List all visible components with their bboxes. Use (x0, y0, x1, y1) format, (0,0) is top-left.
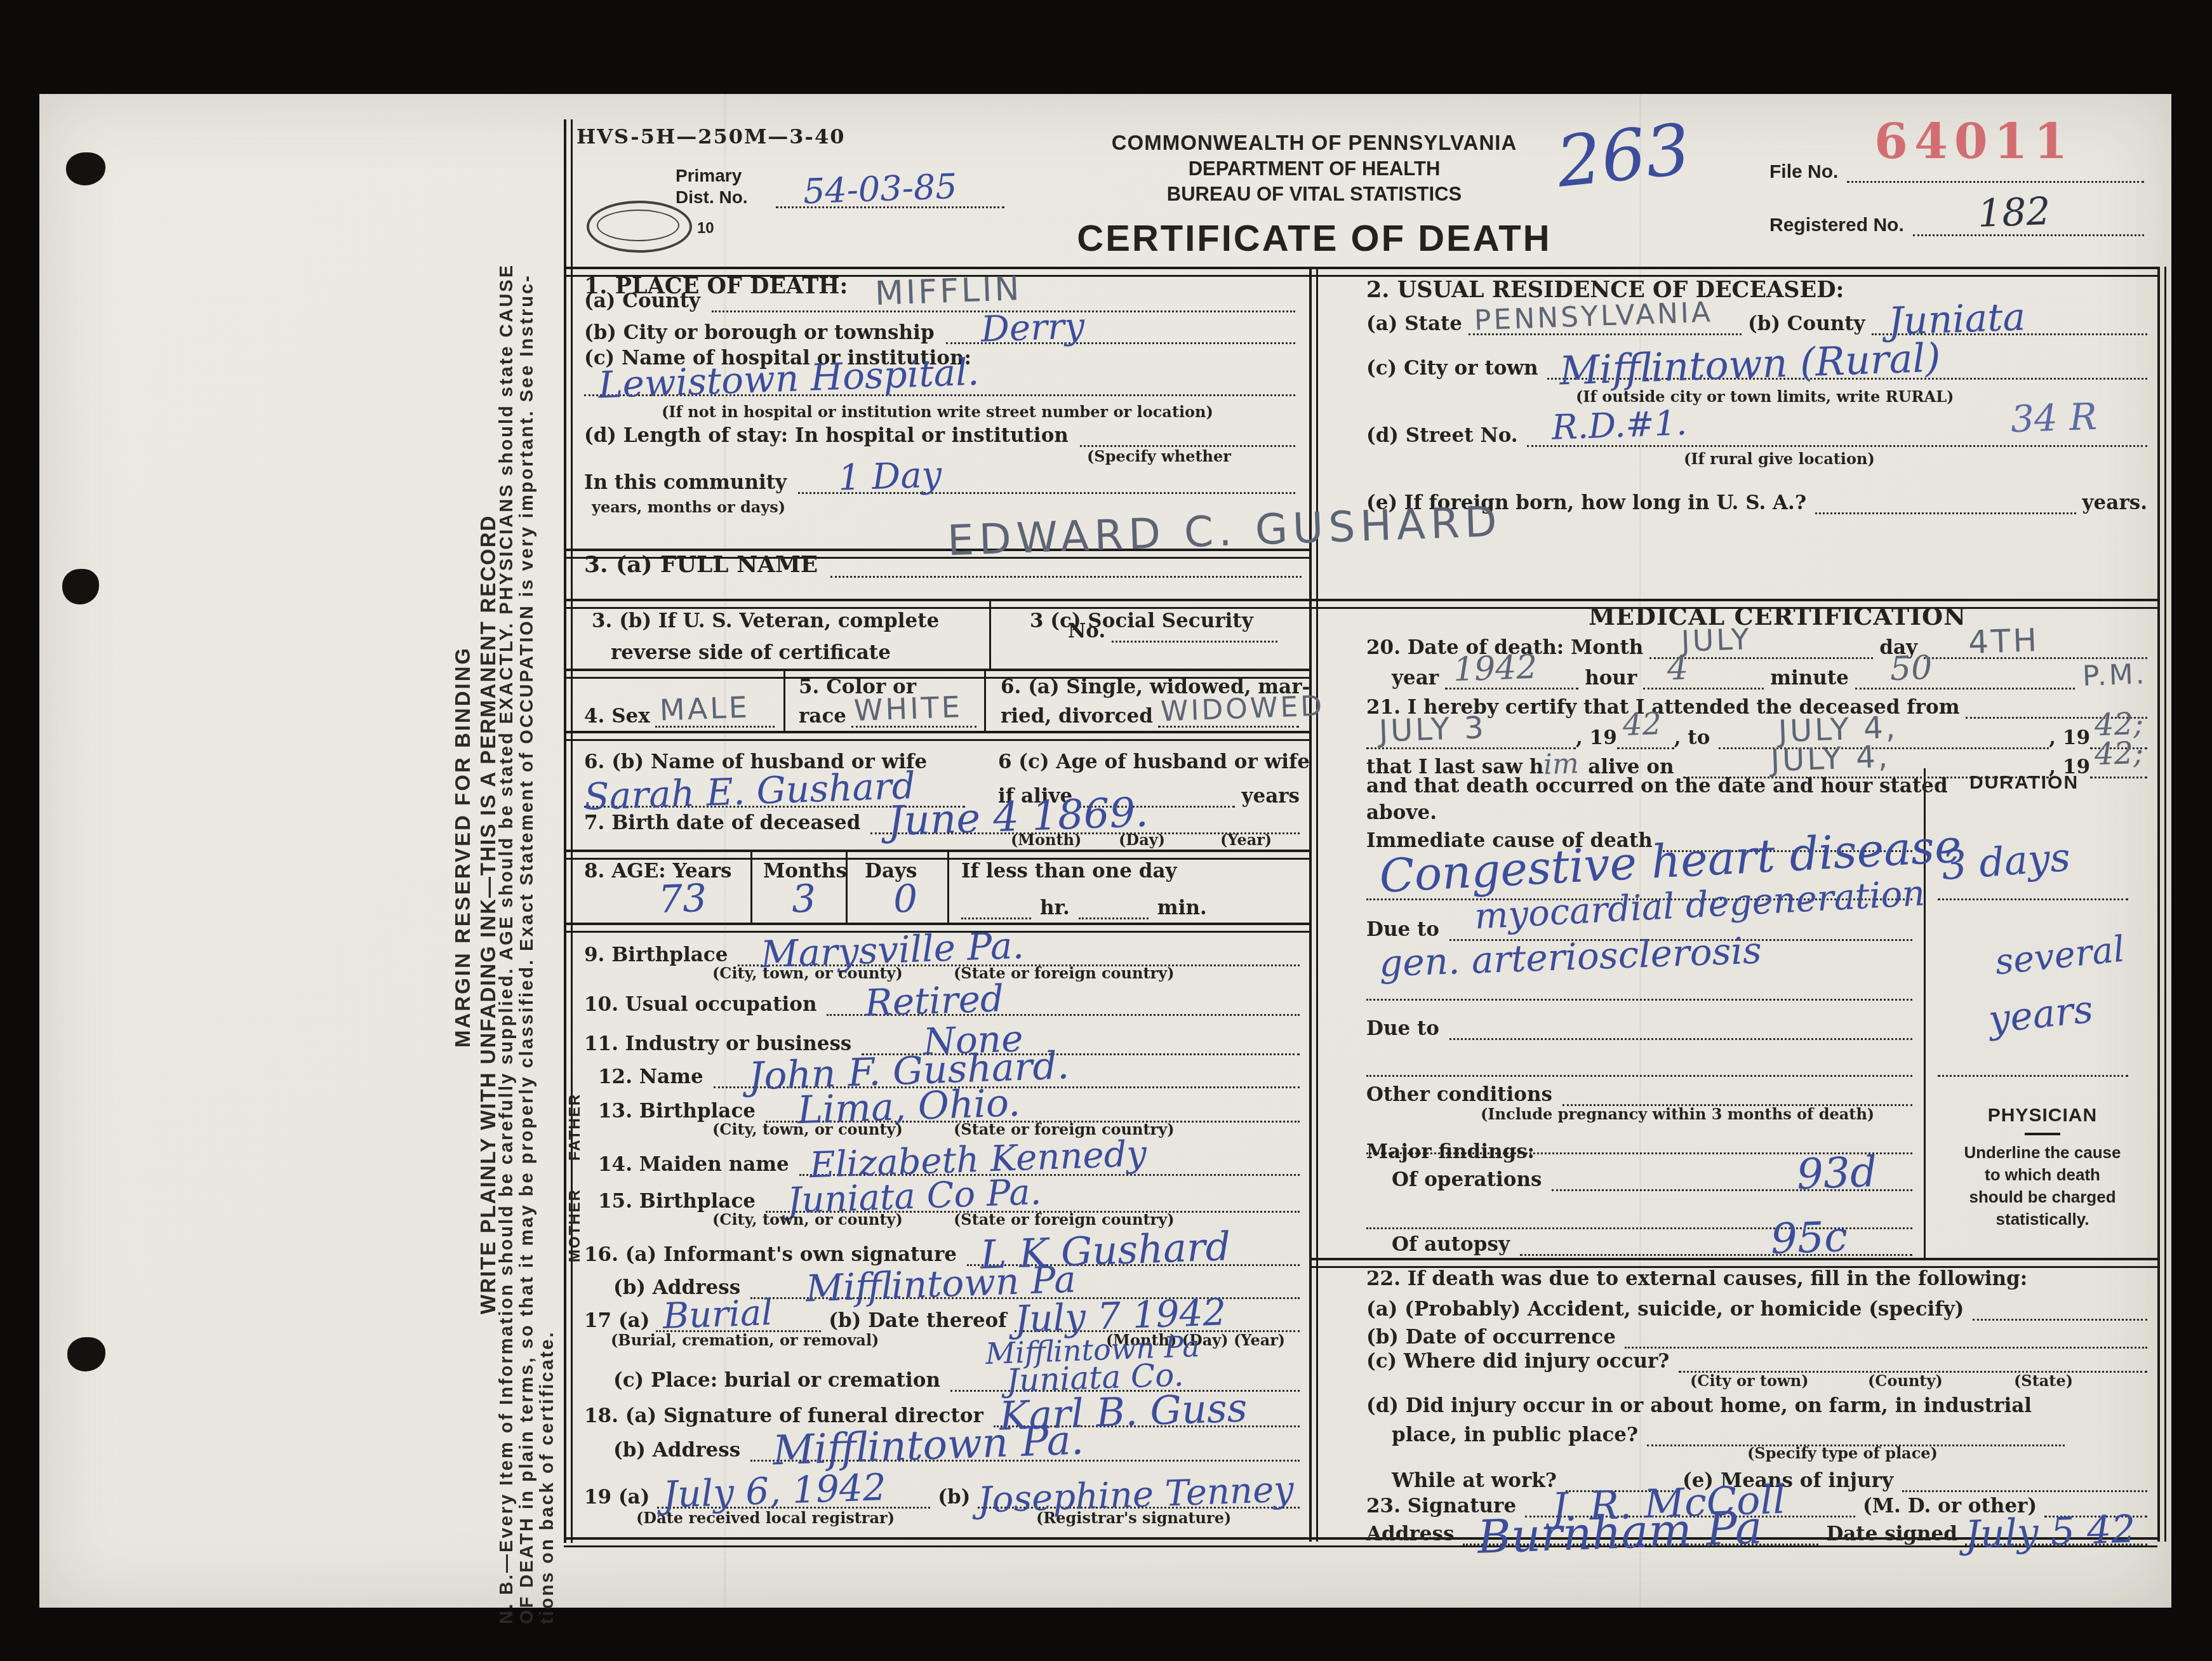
field-other-conditions: Other conditions (1366, 1076, 1912, 1106)
physician-box: PHYSICIAN Underline the cause to which d… (1938, 1105, 2147, 1231)
registrar-date-note: (Date received local registrar) (636, 1509, 895, 1527)
cause-line-3 (1366, 970, 1912, 1001)
full-name-value: EDWARD C. GUSHARD (947, 501, 1503, 562)
page-title: CERTIFICATE OF DEATH (1029, 217, 1600, 260)
hole-punch (62, 569, 99, 604)
other-conditions-note: (Include pregnancy within 3 months of de… (1481, 1105, 1874, 1123)
age-months-value: 3 (791, 879, 816, 918)
sex-value: MALE (660, 693, 750, 725)
mother-bp-note1: (City, town, or county) (712, 1210, 903, 1229)
cause-line-4 (1366, 1046, 1912, 1077)
primary-dist-value: 54-03-85 (803, 170, 957, 209)
file-no-label: File No. (1769, 161, 1838, 183)
certificate-paper: MARGIN RESERVED FOR BINDING WRITE PLAINL… (39, 94, 2171, 1608)
margin-note-nb2: OF DEATH in plain terms, so that it may … (517, 164, 538, 1624)
burial-value: Burial (662, 1295, 773, 1335)
father-bp-note1: (City, town, or county) (712, 1120, 903, 1138)
autopsy-label: Of autopsy (1392, 1233, 1510, 1256)
in-community-label: In this community (584, 471, 787, 494)
primary-dist-label: Primary Dist. No. (676, 165, 748, 208)
margin-note-nb3: tions on back of certificate. (537, 1256, 558, 1624)
injury-where-note2: (County) (1868, 1371, 1943, 1390)
city-township-label: (b) City or borough or township (584, 321, 935, 344)
field-street-no: (d) Street No. R.D.#1. 34 R (1366, 417, 2147, 447)
field-22c: (c) Where did injury occur? (1366, 1342, 2147, 1373)
date-signed-label: Date signed (1826, 1523, 1957, 1545)
last-saw-year: 42; (2094, 738, 2144, 770)
field-burial: 17 (a) Burial (b) Date thereof July 7 19… (584, 1302, 1300, 1332)
margin-note-nb1: N. B.—Every Item of Information should b… (496, 160, 517, 1624)
field-race: race WHITE (799, 697, 976, 728)
physician-address-value: Burnham Pa (1477, 1504, 1763, 1560)
death-day-value: 4TH (1968, 624, 2041, 658)
field-res-city: (c) City or town Mifflintown (Rural) (1366, 349, 2147, 380)
age-lessday-label: If less than one day (961, 860, 1177, 883)
registrar-sig-label: (b) (938, 1486, 970, 1509)
res-county-label: (b) County (1748, 312, 1865, 335)
burial-place-label: (c) Place: burial or cremation (613, 1369, 940, 1392)
operations-value: 93d (1796, 1151, 1877, 1196)
veteran-line2: reverse side of certificate (611, 641, 891, 664)
last-saw-value: JULY 4, (1770, 742, 1891, 777)
registered-no-field: Registered No. 182 (1769, 206, 2144, 236)
registrar-date-label: 19 (a) (584, 1486, 650, 1509)
ssn-no-field: No. (1068, 612, 1277, 643)
registrar-date-value: July 6, 1942 (662, 1469, 887, 1513)
street-no-value: R.D.#1. (1551, 406, 1688, 444)
birth-date-label: 7. Birth date of deceased (584, 811, 860, 834)
age-min-label: min. (1157, 897, 1207, 919)
mother-birthplace-label: 15. Birthplace (598, 1190, 756, 1213)
duration-line-1 (1938, 870, 2128, 900)
attended-from-value: JULY 3 (1378, 712, 1486, 747)
street-no-note: (If rural give location) (1684, 450, 1875, 468)
birthplace-note1: (City, town, or county) (712, 964, 903, 982)
ssn-no-label: No. (1068, 620, 1105, 643)
death-hour-value: 4 (1667, 651, 1689, 685)
marital-label-2: ried, divorced (1001, 705, 1153, 728)
rule-below-birthdate (564, 850, 1309, 860)
pencil-number: 263 (1554, 114, 1693, 197)
duration-heading: DURATION (1969, 772, 2079, 794)
birth-year-note: (Year) (1220, 830, 1272, 849)
birth-month-note: (Month) (1011, 830, 1081, 849)
age-hr-label: hr. (1040, 897, 1070, 919)
field-sex: 4. Sex MALE (584, 697, 775, 728)
birthplace-label: 9. Birthplace (584, 944, 728, 966)
due-to-2-label: Due to (1366, 1017, 1439, 1040)
duration-due1-value1: several (1994, 931, 2126, 980)
rule-above-22 (1309, 1258, 2157, 1268)
physician-address-label: Address (1366, 1523, 1454, 1545)
other-conditions-label: Other conditions (1366, 1083, 1552, 1106)
scanned-death-certificate: MARGIN RESERVED FOR BINDING WRITE PLAINL… (0, 0, 2212, 1661)
field-registrar: 19 (a) July 6, 1942 (b) Josephine Tenney (584, 1478, 1300, 1509)
death-year-label: year (1392, 667, 1439, 690)
printed-19-a: , 19 (1576, 726, 1617, 749)
field-autopsy: Of autopsy 95c (1392, 1225, 1912, 1256)
father-label: FATHER (566, 1065, 584, 1161)
printed-19-b: , 19 (2049, 726, 2090, 749)
community-unit-note: years, months or days) (592, 498, 785, 516)
duration-line-2 (1938, 1046, 2128, 1077)
burial-label: 17 (a) (584, 1309, 650, 1332)
injury-where-note3: (State) (2014, 1371, 2073, 1390)
field-mother-birthplace: 15. Birthplace Juniata Co Pa. (598, 1182, 1300, 1213)
duration-due1-value2: years (1987, 991, 2095, 1039)
org-line3: BUREAU OF VITAL STATISTICS (1029, 183, 1600, 206)
director-address-label: (b) Address (613, 1439, 740, 1462)
date-signed-value: July 5 42 (1964, 1510, 2136, 1554)
field-county: (a) County MIFFLIN (584, 282, 1295, 312)
hospital-value: Lewistown Hospital. (598, 354, 980, 404)
field-23-address: Address Burnham Pa Date signed July 5 42 (1366, 1515, 2147, 1545)
informant-label: 16. (a) Informant's own signature (584, 1243, 957, 1266)
autopsy-value: 95c (1770, 1216, 1848, 1260)
injury-where-note1: (City or town) (1690, 1371, 1809, 1390)
attended-from-year: 42 (1622, 709, 1662, 740)
certify-line2: JULY 3 , 19 42 , to JULY 4, , 19 42; (1366, 719, 2147, 749)
divider-sex-color (783, 671, 785, 731)
org-line1: COMMONWEALTH OF PENNSYLVANIA (1029, 131, 1600, 155)
foreign-born-suffix: years. (2082, 491, 2147, 514)
divider-3bc (989, 601, 991, 669)
field-length-of-stay: (d) Length of stay: In hospital or insti… (584, 417, 1295, 447)
physician-heading: PHYSICIAN (1938, 1105, 2147, 1126)
occupation-label: 10. Usual occupation (584, 993, 816, 1016)
burial-note: (Burial, cremation, or removal) (611, 1331, 879, 1349)
operations-label: Of operations (1392, 1168, 1542, 1191)
divider-age1 (750, 852, 752, 923)
hole-punch (67, 1337, 105, 1371)
field-in-community: In this community 1 Day (584, 464, 1295, 494)
city-township-value: Derry (980, 309, 1085, 348)
field-mother-maiden: 14. Maiden name Elizabeth Kennedy (598, 1145, 1300, 1176)
street-no-extra: 34 R (2010, 398, 2098, 438)
hole-punch (66, 152, 105, 185)
field-age-hr-min: hr. min. (961, 889, 1298, 919)
divider-age3 (947, 852, 949, 923)
due-to-1-label: Due to (1366, 918, 1439, 941)
org-header: COMMONWEALTH OF PENNSYLVANIA DEPARTMENT … (1029, 131, 1600, 260)
state-label: (a) State (1366, 312, 1462, 335)
county-label: (a) County (584, 290, 700, 312)
field-informant: 16. (a) Informant's own signature L K Gu… (584, 1236, 1300, 1266)
county-value: MIFFLIN (874, 272, 1022, 310)
full-name-label: 3. (a) FULL NAME (584, 551, 818, 578)
death-hour-label: hour (1585, 667, 1637, 690)
father-birthplace-label: 13. Birthplace (598, 1100, 756, 1123)
color-race-label-2: race (799, 705, 846, 728)
state-value: PENNSYLVANIA (1474, 298, 1713, 335)
street-no-label: (d) Street No. (1366, 424, 1518, 447)
s22-heading: 22. If death was due to external causes,… (1366, 1267, 2027, 1290)
birth-day-note: (Day) (1119, 830, 1165, 849)
field-city-township: (b) City or borough or township Derry (584, 314, 1295, 344)
registered-no-label: Registered No. (1769, 215, 1904, 236)
mother-label: MOTHER (566, 1161, 584, 1262)
length-of-stay-label: (d) Length of stay: In hospital or insti… (584, 424, 1069, 447)
spouse-age-label: 6 (c) Age of husband or wife (998, 750, 1310, 773)
physician-note: Underline the cause to which death shoul… (1938, 1142, 2147, 1231)
field-death-date-2: year 1942 hour 4 minute 50 P.M. (1392, 659, 2147, 690)
field-22d: place, in public place? (1392, 1416, 2065, 1446)
field-operations: Of operations 93d (1392, 1161, 1912, 1191)
sex-label: 4. Sex (584, 705, 650, 728)
director-address-value: Mifflintown Pa. (772, 1420, 1084, 1471)
border-center (1309, 267, 1318, 1542)
certify-text-5: above. (1366, 801, 1437, 824)
res-city-value: Mifflintown (Rural) (1559, 338, 1941, 391)
s2-heading: 2. USUAL RESIDENCE OF DECEASED: (1366, 277, 1844, 303)
father-name-label: 12. Name (598, 1065, 703, 1088)
primary-dist-field: 54-03-85 (776, 178, 1004, 208)
field-birthplace: 9. Birthplace Marysville Pa. (584, 936, 1300, 966)
death-month-value: JULY (1681, 624, 1752, 656)
death-minute-value: 50 (1889, 651, 1933, 686)
file-no-field: File No. (1769, 152, 2144, 183)
certify-text-4: and that death occurred on the date and … (1366, 775, 1948, 797)
field-marital: ried, divorced WIDOWED (1001, 697, 1299, 728)
rule-below-sex (564, 731, 1309, 741)
marital-value: WIDOWED (1161, 693, 1326, 726)
registrar-sig-note: (Registrar's signature) (1036, 1509, 1231, 1527)
death-minute-label: minute (1770, 667, 1849, 690)
burial-date-label: (b) Date thereof (829, 1309, 1006, 1332)
form-code: HVS-5H—250M—3-40 (576, 124, 845, 149)
margin-note-binding: MARGIN RESERVED FOR BINDING (451, 641, 475, 1048)
border-left (564, 119, 573, 1543)
embossed-seal (587, 201, 692, 253)
age-days-value: 0 (893, 879, 918, 918)
veteran-line1: 3. (b) If U. S. Veteran, complete (592, 610, 939, 632)
field-due-to-2: Due to (1366, 1010, 1912, 1040)
occupation-value: Retired (864, 980, 1004, 1022)
field-state: (a) State PENNSYLVANIA (b) County Juniat… (1366, 305, 2147, 335)
border-right (2157, 267, 2166, 1542)
age-years-value: 73 (658, 879, 707, 919)
res-city-label: (c) City or town (1366, 357, 1538, 380)
injury-where-label: (c) Where did injury occur? (1366, 1350, 1670, 1373)
death-year-value: 1942 (1453, 651, 1538, 687)
registered-no-value: 182 (1977, 192, 2051, 233)
field-father-birthplace: 13. Birthplace Lima, Ohio. (598, 1092, 1300, 1123)
res-city-note: (If outside city or town limits, write R… (1576, 387, 1954, 406)
org-line2: DEPARTMENT OF HEALTH (1029, 157, 1600, 180)
field-birth-date: 7. Birth date of deceased June 4 1869. (584, 804, 1300, 834)
field-hospital: Lewistown Hospital. (584, 366, 1295, 396)
field-occupation: 10. Usual occupation Retired (584, 985, 1300, 1016)
race-value: WHITE (853, 692, 963, 725)
mother-maiden-label: 14. Maiden name (598, 1153, 789, 1176)
injury-home-label-2: place, in public place? (1392, 1424, 1638, 1446)
res-county-value: Juniata (1888, 298, 2026, 341)
divider-color-marital (984, 671, 986, 731)
field-director-address: (b) Address Mifflintown Pa. (584, 1431, 1300, 1462)
major-findings-label: Major findings: (1366, 1140, 1535, 1163)
in-community-value: 1 Day (837, 457, 942, 497)
seal-number: 10 (697, 220, 714, 237)
